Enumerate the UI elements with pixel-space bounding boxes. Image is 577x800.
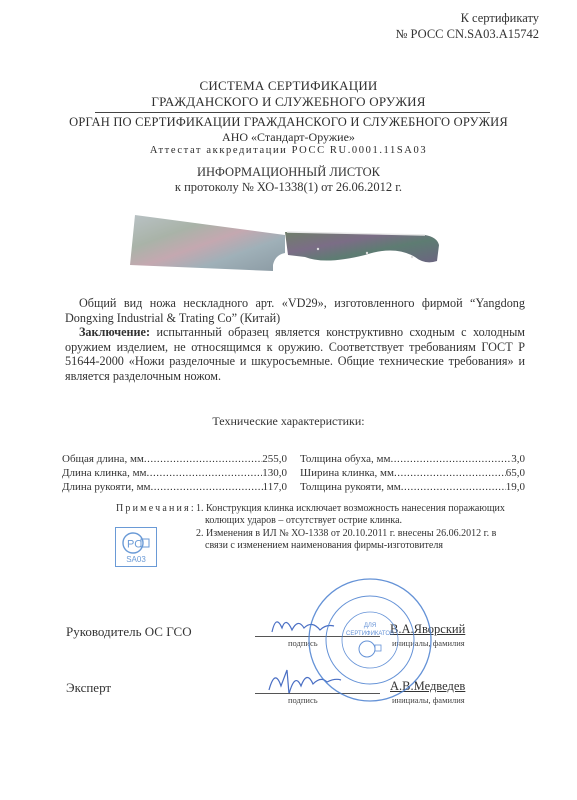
conclusion: Заключение: испытанный образец является …: [65, 325, 525, 383]
protocol-reference: к протоколу № ХО-1338(1) от 26.06.2012 г…: [0, 180, 577, 195]
spec-row: Длина клинка, мм130,0: [62, 466, 287, 480]
knife-description: Общий вид ножа нескладного арт. «VD29», …: [65, 296, 525, 325]
certificate-ref-line1: К сертификату: [395, 10, 539, 26]
notes-list: 1. Конструкция клинка исключает возможно…: [196, 503, 516, 553]
certificate-ref-number: № РОСС CN.SA03.A15742: [395, 26, 539, 42]
specs-right-column: Толщина обуха, мм3,0 Ширина клинка, мм65…: [287, 452, 525, 495]
accreditation-line: Аттестат аккредитации РОСС RU.0001.11SA0…: [0, 145, 577, 156]
note-line: связи с изменением наименования фирмы-из…: [196, 540, 516, 552]
organization-name: АНО «Стандарт-Оружие»: [0, 130, 577, 144]
header-divider: [95, 112, 490, 113]
signer-role-head: Руководитель ОС ГСО: [66, 624, 192, 640]
specs-left-column: Общая длина, мм255,0 Длина клинка, мм130…: [62, 452, 287, 495]
note-line: 2. Изменения в ИЛ № ХО-1338 от 20.10.201…: [196, 528, 516, 540]
spec-row: Толщина рукояти, мм19,0: [300, 480, 525, 494]
official-round-stamp: ДЛЯ СЕРТИФИКАТОВ: [305, 575, 435, 705]
system-title-line2: ГРАЖДАНСКОГО И СЛУЖЕБНОГО ОРУЖИЯ: [0, 94, 577, 110]
rst-mark: РС: [127, 539, 142, 551]
knife-cleaver-image: [125, 205, 455, 280]
specs-table: Общая длина, мм255,0 Длина клинка, мм130…: [62, 452, 512, 495]
certificate-reference: К сертификату № РОСС CN.SA03.A15742: [395, 10, 539, 42]
note-line: колющих ударов – отсутствует острие клин…: [196, 515, 516, 527]
rst-code: SA03: [126, 555, 146, 564]
note-line: 1. Конструкция клинка исключает возможно…: [196, 503, 516, 515]
stamp-center-mid: СЕРТИФИКАТОВ: [346, 631, 394, 637]
description-block: Общий вид ножа нескладного арт. «VD29», …: [65, 296, 525, 383]
spec-row: Длина рукояти, мм117,0: [62, 480, 287, 494]
system-title-line1: СИСТЕМА СЕРТИФИКАЦИИ: [0, 78, 577, 94]
spec-row: Ширина клинка, мм65,0: [300, 466, 525, 480]
organ-title: ОРГАН ПО СЕРТИФИКАЦИИ ГРАЖДАНСКОГО И СЛУ…: [0, 114, 577, 130]
spec-row: Толщина обуха, мм3,0: [300, 452, 525, 466]
conclusion-label: Заключение:: [79, 325, 150, 339]
spec-row: Общая длина, мм255,0: [62, 452, 287, 466]
notes-label: Примечания:: [116, 503, 196, 514]
document-title: ИНФОРМАЦИОННЫЙ ЛИСТОК: [0, 165, 577, 180]
stamp-center-top: ДЛЯ: [364, 623, 376, 629]
rst-certification-logo: РС SA03: [115, 527, 157, 567]
signer-role-expert: Эксперт: [66, 680, 111, 696]
specs-title: Технические характеристики:: [0, 414, 577, 429]
